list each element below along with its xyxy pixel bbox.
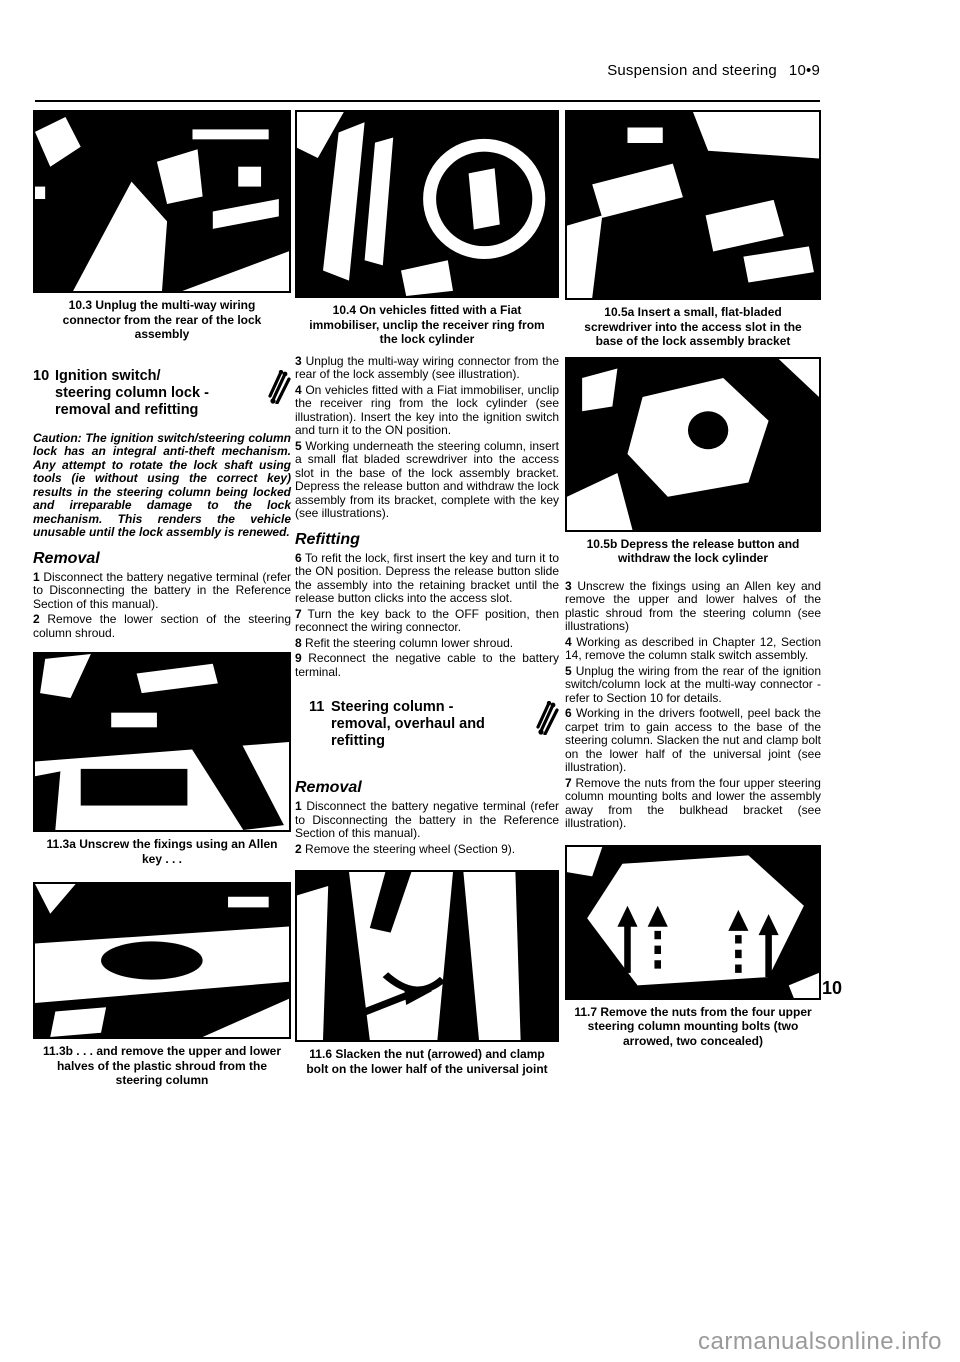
photo-10-5b — [565, 357, 821, 532]
step-number: 4 — [295, 383, 302, 397]
step-number: 6 — [295, 551, 302, 565]
photo-caption-10-5a: 10.5a Insert a small, flat-bladed screwd… — [571, 305, 815, 349]
step-paragraph: 5 Unplug the wiring from the rear of the… — [565, 665, 821, 706]
step-paragraph: 6 Working in the drivers footwell, peel … — [565, 707, 821, 775]
section-10-title: Ignition switch/ steering column lock - … — [55, 368, 261, 419]
step-paragraph: 7 Turn the key back to the OFF position,… — [295, 608, 559, 635]
step-text: Unplug the multi-way wiring connector fr… — [295, 354, 559, 382]
step-text: Disconnect the battery negative terminal… — [33, 570, 291, 611]
step-number: 8 — [295, 636, 302, 650]
step-paragraph: 5 Working underneath the steering column… — [295, 440, 559, 521]
column-middle: 10.4 On vehicles fitted with a Fiat immo… — [295, 110, 559, 1076]
step-number: 6 — [565, 706, 572, 720]
photo-11-3a — [33, 652, 291, 832]
step-paragraph: 1 Disconnect the battery negative termin… — [33, 571, 291, 612]
step-text: Unscrew the fixings using an Allen key a… — [565, 579, 821, 634]
photo-caption-10-5b: 10.5b Depress the release button and wit… — [571, 537, 815, 566]
caution-note: Caution: The ignition switch/steering co… — [33, 432, 291, 540]
step-number: 7 — [565, 776, 572, 790]
step-number: 1 — [33, 570, 40, 584]
column-right: 10.5a Insert a small, flat-bladed screwd… — [565, 110, 821, 1048]
removal-heading-section10: Removal — [33, 549, 291, 569]
step-paragraph: 6 To refit the lock, first insert the ke… — [295, 552, 559, 606]
step-number: 1 — [295, 799, 302, 813]
step-number: 3 — [295, 354, 302, 368]
page-number: 10•9 — [789, 62, 820, 79]
step-paragraph: 4 Working as described in Chapter 12, Se… — [565, 636, 821, 663]
step-number: 5 — [565, 664, 572, 678]
step-text: Working underneath the steering column, … — [295, 439, 559, 521]
step-number: 9 — [295, 651, 302, 665]
step-number: 3 — [565, 579, 572, 593]
step-paragraph: 1 Disconnect the battery negative termin… — [295, 800, 559, 841]
photo-caption-11-3b: 11.3b . . . and remove the upper and low… — [39, 1044, 285, 1088]
step-number: 5 — [295, 439, 302, 453]
section-10-title-line: steering column lock - — [55, 385, 261, 402]
photo-11-3b — [33, 882, 291, 1039]
column-left: 10.3 Unplug the multi-way wiring connect… — [33, 110, 291, 1088]
step-paragraph: 3 Unplug the multi-way wiring connector … — [295, 355, 559, 382]
refitting-heading-section10: Refitting — [295, 530, 559, 550]
step-text: On vehicles fitted with a Fiat immobilis… — [295, 383, 559, 438]
step-paragraph: 2 Remove the steering wheel (Section 9). — [295, 843, 559, 857]
step-number: 2 — [295, 842, 302, 856]
tools-icon — [265, 370, 291, 409]
step-text: Working as described in Chapter 12, Sect… — [565, 635, 821, 663]
section-11-number: 11 — [309, 699, 331, 716]
step-text: Reconnect the negative cable to the batt… — [295, 651, 559, 679]
manual-page: Suspension and steering10•9 10.3 Unplug … — [0, 0, 960, 1362]
watermark: carmanualsonline.info — [698, 1328, 942, 1356]
photo-caption-11-6: 11.6 Slacken the nut (arrowed) and clamp… — [301, 1047, 553, 1076]
section-10-title-line: Ignition switch/ — [55, 368, 261, 385]
step-text: To refit the lock, first insert the key … — [295, 551, 559, 606]
step-text: Unplug the wiring from the rear of the i… — [565, 664, 821, 705]
step-text: Turn the key back to the OFF position, t… — [295, 607, 559, 635]
section-11-title-line: Steering column - — [331, 699, 529, 716]
photo-10-4 — [295, 110, 559, 298]
step-number: 7 — [295, 607, 302, 621]
step-text: Remove the steering wheel (Section 9). — [305, 842, 515, 856]
photo-caption-11-7: 11.7 Remove the nuts from the four upper… — [571, 1005, 815, 1049]
photo-10-5a — [565, 110, 821, 300]
step-paragraph: 3 Unscrew the fixings using an Allen key… — [565, 580, 821, 634]
header-rule — [35, 100, 820, 102]
section-11-title-line: removal, overhaul and refitting — [331, 716, 529, 750]
step-text: Working in the drivers footwell, peel ba… — [565, 706, 821, 774]
section-10-number: 10 — [33, 368, 55, 385]
step-number: 2 — [33, 612, 40, 626]
photo-caption-11-3a: 11.3a Unscrew the fixings using an Allen… — [39, 837, 285, 866]
photo-10-3 — [33, 110, 291, 293]
section-10-title-line: removal and refitting — [55, 402, 261, 419]
photo-caption-10-4: 10.4 On vehicles fitted with a Fiat immo… — [301, 303, 553, 347]
tools-icon — [533, 701, 559, 740]
page-header: Suspension and steering10•9 — [35, 62, 820, 79]
photo-caption-10-3: 10.3 Unplug the multi-way wiring connect… — [39, 298, 285, 342]
section-10-heading: 10 Ignition switch/ steering column lock… — [33, 368, 291, 419]
step-text: Refit the steering column lower shroud. — [305, 636, 513, 650]
step-paragraph: 7 Remove the nuts from the four upper st… — [565, 777, 821, 831]
section-11-title: Steering column - removal, overhaul and … — [331, 699, 529, 750]
step-text: Remove the nuts from the four upper stee… — [565, 776, 821, 831]
page-header-title: Suspension and steering — [607, 62, 777, 79]
step-text: Remove the lower section of the steering… — [33, 612, 291, 640]
step-paragraph: 9 Reconnect the negative cable to the ba… — [295, 652, 559, 679]
photo-11-6 — [295, 870, 559, 1042]
chapter-tab: 10 — [822, 978, 842, 999]
section-11-heading: 11 Steering column - removal, overhaul a… — [295, 699, 559, 750]
step-paragraph: 2 Remove the lower section of the steeri… — [33, 613, 291, 640]
photo-11-7 — [565, 845, 821, 1000]
step-text: Disconnect the battery negative terminal… — [295, 799, 559, 840]
step-paragraph: 8 Refit the steering column lower shroud… — [295, 637, 559, 651]
step-paragraph: 4 On vehicles fitted with a Fiat immobil… — [295, 384, 559, 438]
removal-heading-section11: Removal — [295, 778, 559, 798]
step-number: 4 — [565, 635, 572, 649]
